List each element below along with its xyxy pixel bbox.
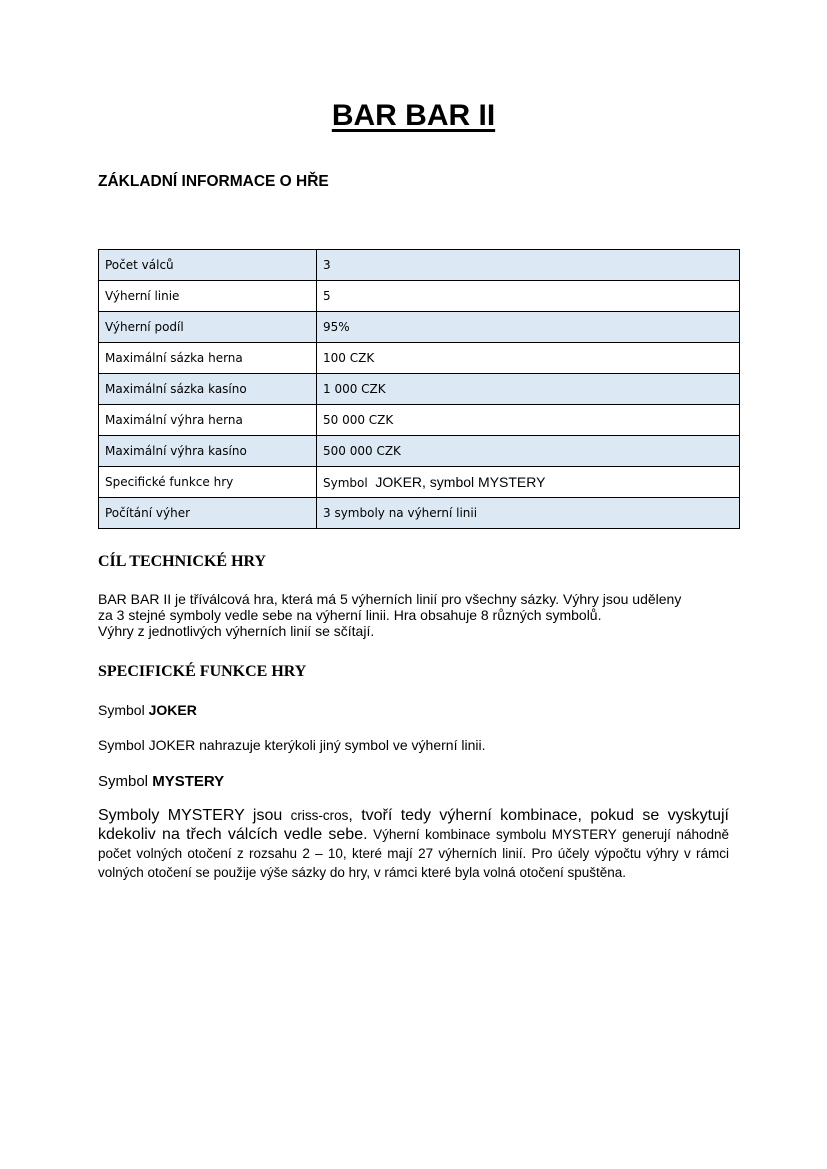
basic-info-heading: ZÁKLADNÍ INFORMACE O HŘE — [98, 172, 329, 192]
mystery-text-part: Symboly MYSTERY jsou — [98, 807, 291, 824]
mystery-description: Symboly MYSTERY jsou criss-cros, tvoří t… — [98, 806, 729, 882]
goal-line: BAR BAR II je tříválcová hra, která má 5… — [98, 591, 740, 607]
mystery-text-part: criss-cros — [291, 808, 349, 823]
table-value-cell: 3 symboly na výherní linii — [317, 498, 740, 529]
table-value-cell: 500 000 CZK — [317, 436, 740, 467]
table-value-cell: 1 000 CZK — [317, 374, 740, 405]
goal-line: Výhry z jednotlivých výherních linií se … — [98, 623, 740, 639]
table-row: Výherní linie 5 — [99, 281, 740, 312]
table-row: Výherní podíl 95% — [99, 312, 740, 343]
value-prefix: Symbol — [323, 476, 368, 490]
table-row: Maximální výhra herna 50 000 CZK — [99, 405, 740, 436]
table-row: Maximální výhra kasíno 500 000 CZK — [99, 436, 740, 467]
goal-paragraph: BAR BAR II je tříválcová hra, která má 5… — [98, 591, 740, 639]
mystery-heading-bold: MYSTERY — [152, 773, 224, 790]
mystery-heading: Symbol MYSTERY — [98, 773, 224, 791]
game-info-table: Počet válců 3 Výherní linie 5 Výherní po… — [98, 249, 740, 529]
value-rest: JOKER, symbol MYSTERY — [375, 474, 545, 490]
goal-heading: CÍL TECHNICKÉ HRY — [98, 552, 266, 572]
joker-heading-bold: JOKER — [149, 702, 197, 718]
table-row: Specifické funkce hry Symbol JOKER, symb… — [99, 467, 740, 498]
table-row: Maximální sázka herna 100 CZK — [99, 343, 740, 374]
table-row: Maximální sázka kasíno 1 000 CZK — [99, 374, 740, 405]
table-label-cell: Počítání výher — [99, 498, 317, 529]
table-label-cell: Maximální sázka herna — [99, 343, 317, 374]
table-value-cell: 100 CZK — [317, 343, 740, 374]
table-value-cell: 95% — [317, 312, 740, 343]
table-value-cell: 50 000 CZK — [317, 405, 740, 436]
table-label-cell: Maximální výhra herna — [99, 405, 317, 436]
joker-description: Symbol JOKER nahrazuje kterýkoli jiný sy… — [98, 737, 740, 753]
table-row: Počítání výher 3 symboly na výherní lini… — [99, 498, 740, 529]
table-label-cell: Specifické funkce hry — [99, 467, 317, 498]
table-value-cell: Symbol JOKER, symbol MYSTERY — [317, 467, 740, 498]
mystery-heading-prefix: Symbol — [98, 773, 148, 790]
joker-heading: Symbol JOKER — [98, 701, 197, 719]
table-value-cell: 3 — [317, 250, 740, 281]
table-value-cell: 5 — [317, 281, 740, 312]
table-label-cell: Maximální sázka kasíno — [99, 374, 317, 405]
table-label-cell: Výherní podíl — [99, 312, 317, 343]
joker-heading-prefix: Symbol — [98, 702, 145, 718]
features-heading: SPECIFICKÉ FUNKCE HRY — [98, 662, 306, 682]
table-row: Počet válců 3 — [99, 250, 740, 281]
goal-line: za 3 stejné symboly vedle sebe na výhern… — [98, 607, 740, 623]
table-label-cell: Počet válců — [99, 250, 317, 281]
table-label-cell: Výherní linie — [99, 281, 317, 312]
table-label-cell: Maximální výhra kasíno — [99, 436, 317, 467]
page-title: BAR BAR II — [0, 98, 827, 134]
